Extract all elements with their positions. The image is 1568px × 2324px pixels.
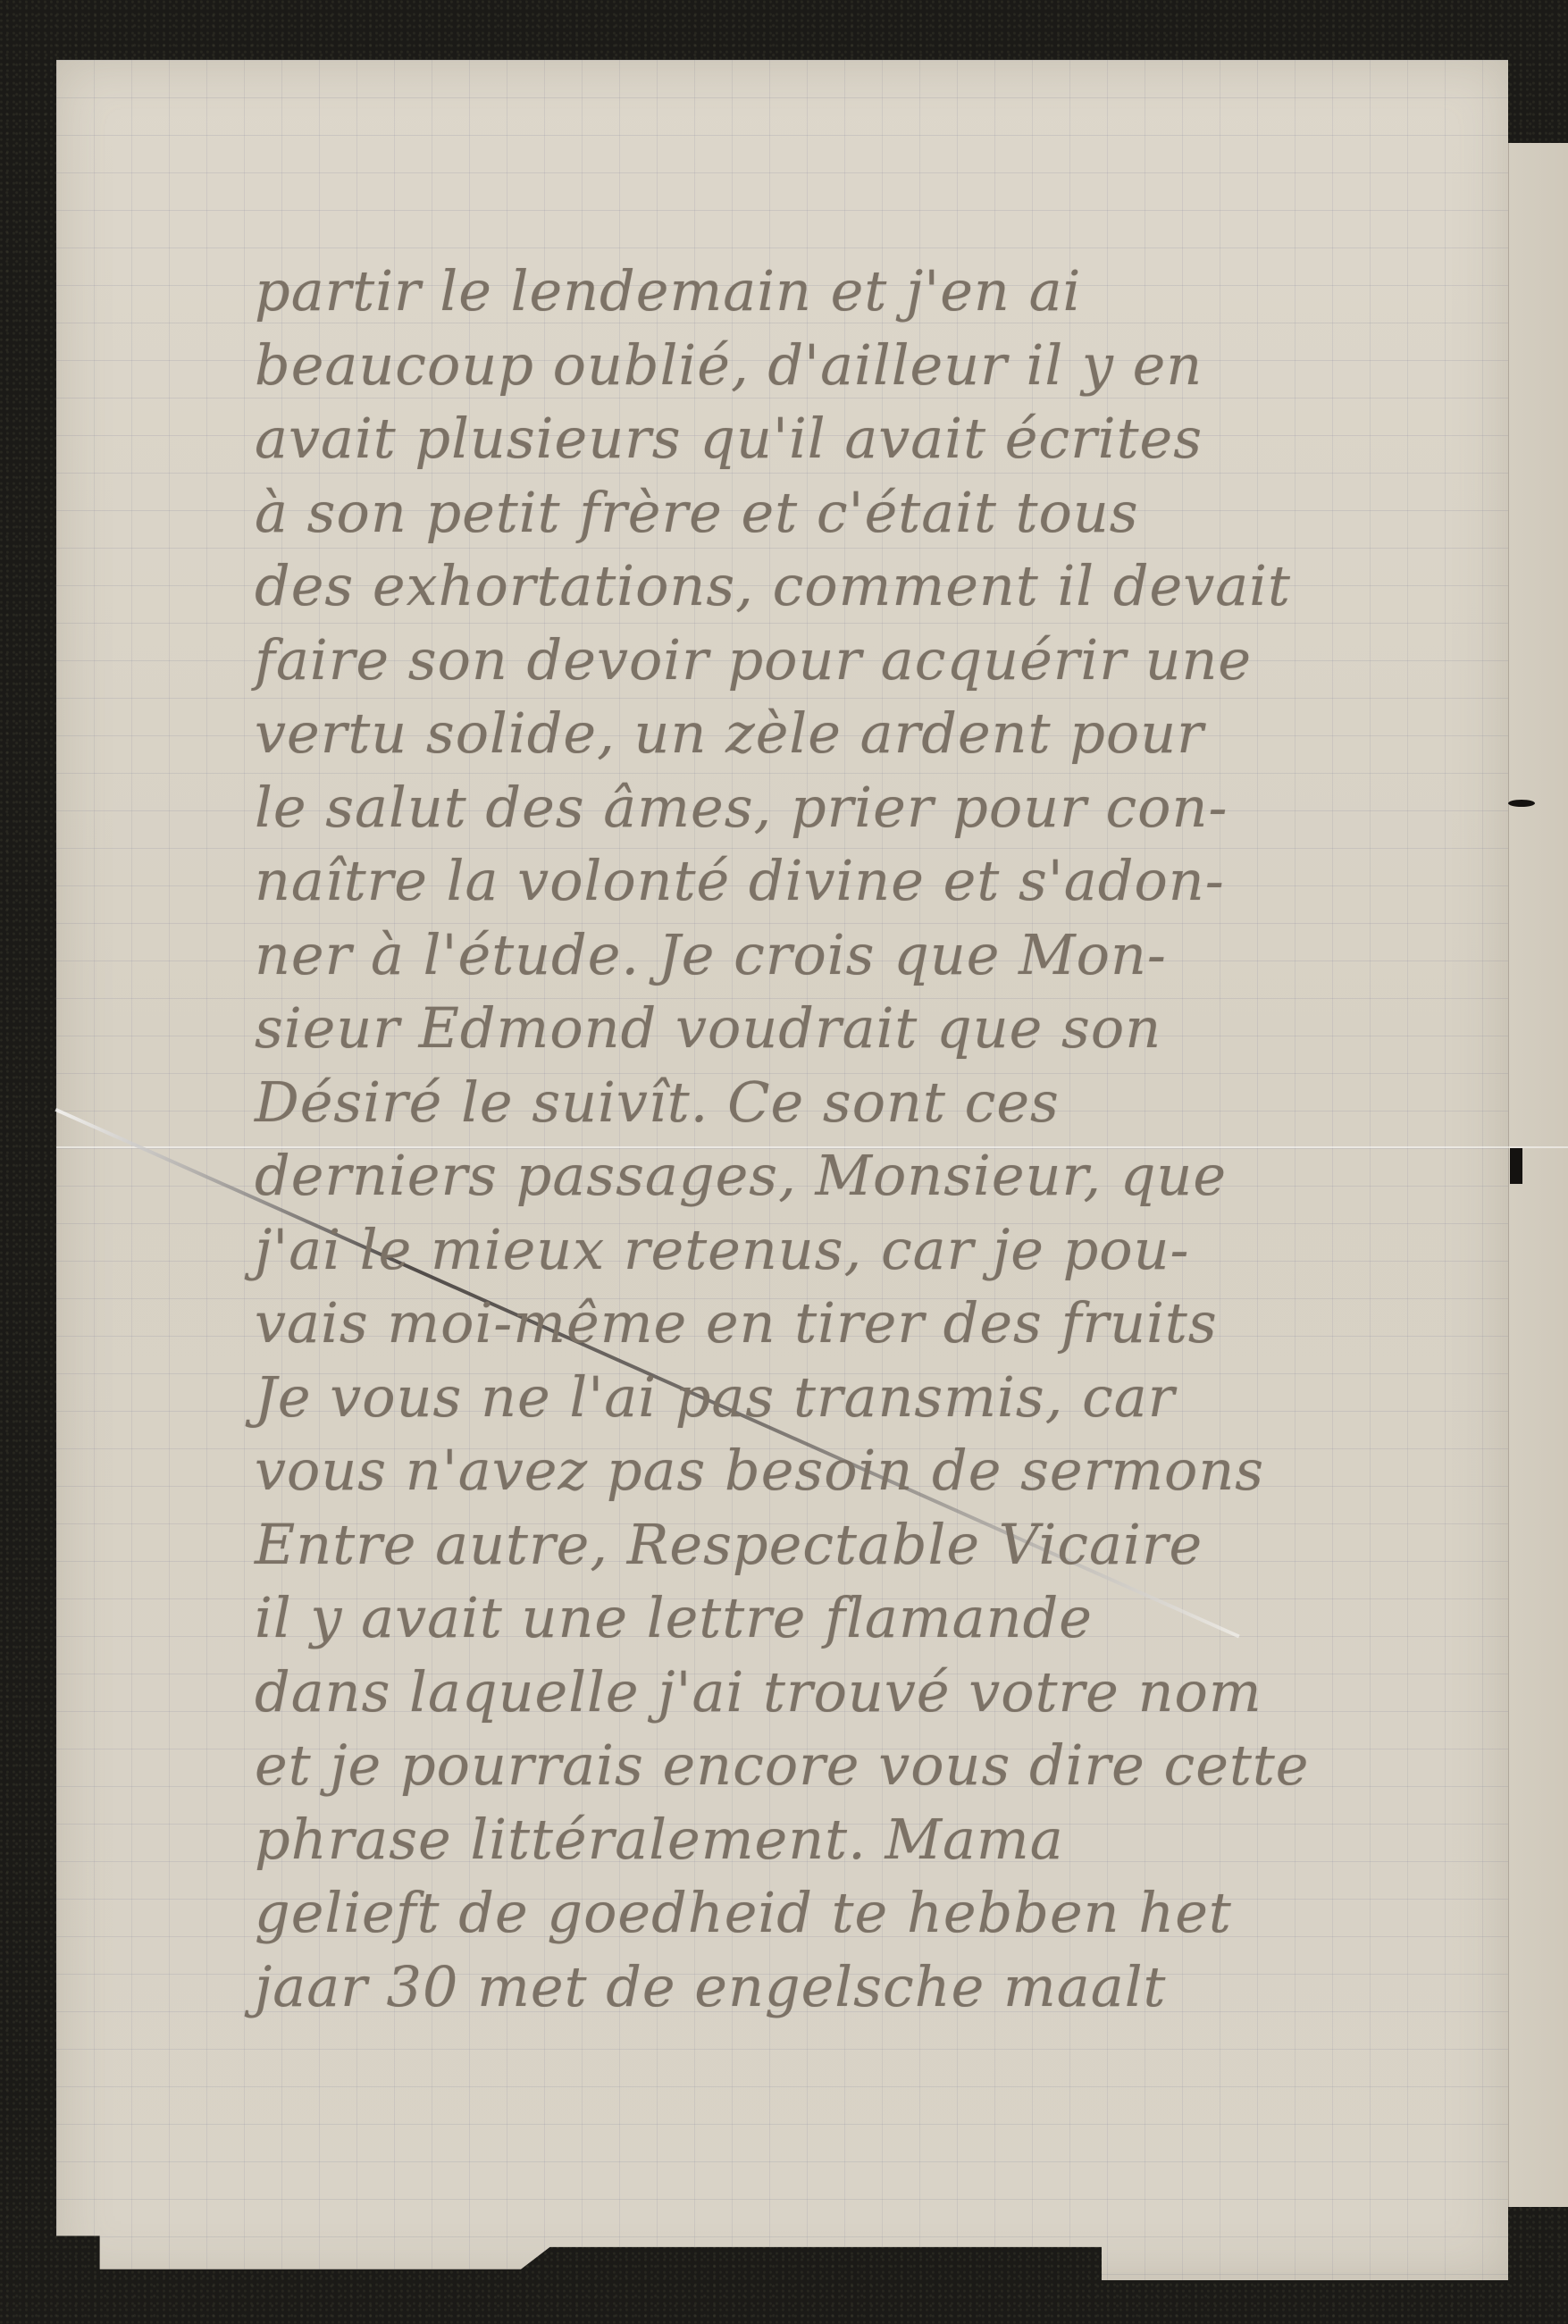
text-line: il y avait une lettre flamande [255,1581,1505,1656]
text-line: le salut des âmes, prier pour con- [255,771,1505,845]
text-line: faire son devoir pour acquérir une [255,624,1505,698]
text-line: Entre autre, Respectable Vicaire [255,1508,1505,1582]
text-line: et je pourrais encore vous dire cette [255,1729,1505,1803]
text-line: phrase littéralement. Mama [255,1803,1505,1877]
text-line: des exhortations, comment il devait [255,550,1505,624]
handwritten-text: partir le lendemain et j'en ai beaucoup … [255,255,1505,2024]
text-line: vais moi-même en tirer des fruits [255,1287,1505,1361]
text-line: beaucoup oublié, d'ailleur il y en [255,329,1505,403]
text-line: gelieft de goedheid te hebben het [255,1876,1505,1951]
text-line: Je vous ne l'ai pas transmis, car [255,1361,1505,1435]
text-line: partir le lendemain et j'en ai [255,255,1505,329]
text-line: jaar 30 met de engelsche maalt [255,1951,1505,2025]
text-line: ner à l'étude. Je crois que Mon- [255,919,1505,993]
text-line: vertu solide, un zèle ardent pour [255,697,1505,771]
text-line: j'ai le mieux retenus, car je pou- [255,1213,1505,1288]
text-line: vous n'avez pas besoin de sermons [255,1434,1505,1508]
text-line: naître la volonté divine et s'adon- [255,844,1505,919]
text-line: Désiré le suivît. Ce sont ces [255,1066,1505,1140]
text-line: derniers passages, Monsieur, que [255,1139,1505,1213]
tear-mark [1510,1148,1522,1184]
text-line: à son petit frère et c'était tous [255,476,1505,550]
text-line: dans laquelle j'ai trouvé votre nom [255,1656,1505,1730]
text-line: avait plusieurs qu'il avait écrites [255,402,1505,476]
tear-mark [1508,800,1535,807]
text-line: sieur Edmond voudrait que son [255,992,1505,1066]
